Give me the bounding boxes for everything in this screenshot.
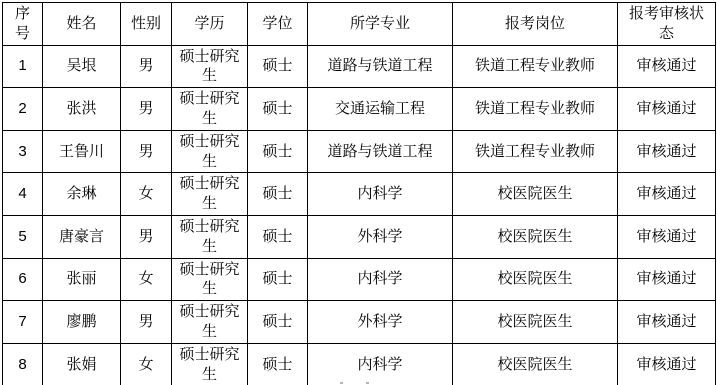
table-row: 1吴垠男硕士研究生硕士道路与铁道工程铁道工程专业教师审核通过 (3, 45, 716, 88)
table-row: 5唐豪言男硕士研究生硕士外科学校医院医生审核通过 (3, 215, 716, 258)
cell-name: 张娟 (43, 343, 121, 385)
cell-name: 王鲁川 (43, 130, 121, 173)
cell-status: 审核通过 (618, 173, 716, 216)
cell-name: 唐豪言 (43, 215, 121, 258)
cell-gender: 男 (121, 301, 172, 344)
cell-position: 铁道工程专业教师 (453, 88, 618, 131)
cell-education: 硕士研究生 (172, 130, 248, 173)
cell-education: 硕士研究生 (172, 173, 248, 216)
cell-major: 外科学 (308, 301, 453, 344)
cell-degree: 硕士 (248, 130, 308, 173)
header-cell-gender: 性别 (121, 3, 172, 46)
cell-index: 2 (3, 88, 43, 131)
cell-gender: 男 (121, 215, 172, 258)
cropped-text-fragment (366, 382, 369, 384)
page: 序号姓名性别学历学位所学专业报考岗位报考审核状态 1吴垠男硕士研究生硕士道路与铁… (0, 0, 717, 385)
cell-gender: 男 (121, 88, 172, 131)
cell-education: 硕士研究生 (172, 45, 248, 88)
cell-status: 审核通过 (618, 343, 716, 385)
cell-name: 廖鹏 (43, 301, 121, 344)
cell-gender: 男 (121, 45, 172, 88)
cell-degree: 硕士 (248, 173, 308, 216)
cell-degree: 硕士 (248, 301, 308, 344)
cell-major: 道路与铁道工程 (308, 130, 453, 173)
cell-name: 余琳 (43, 173, 121, 216)
cell-degree: 硕士 (248, 45, 308, 88)
cell-major: 外科学 (308, 215, 453, 258)
header-cell-degree: 学位 (248, 3, 308, 46)
applicants-table: 序号姓名性别学历学位所学专业报考岗位报考审核状态 1吴垠男硕士研究生硕士道路与铁… (2, 2, 716, 385)
cell-degree: 硕士 (248, 343, 308, 385)
cell-position: 校医院医生 (453, 258, 618, 301)
header-cell-status: 报考审核状态 (618, 3, 716, 46)
cell-gender: 女 (121, 173, 172, 216)
cell-index: 1 (3, 45, 43, 88)
cell-education: 硕士研究生 (172, 301, 248, 344)
cell-position: 铁道工程专业教师 (453, 130, 618, 173)
cell-education: 硕士研究生 (172, 88, 248, 131)
cell-major: 交通运输工程 (308, 88, 453, 131)
cell-position: 校医院医生 (453, 215, 618, 258)
cell-status: 审核通过 (618, 215, 716, 258)
table-header: 序号姓名性别学历学位所学专业报考岗位报考审核状态 (3, 3, 716, 46)
cell-position: 校医院医生 (453, 301, 618, 344)
cropped-text-fragment (340, 382, 343, 384)
header-cell-position: 报考岗位 (453, 3, 618, 46)
cell-position: 校医院医生 (453, 343, 618, 385)
table-row: 2张洪男硕士研究生硕士交通运输工程铁道工程专业教师审核通过 (3, 88, 716, 131)
header-cell-major: 所学专业 (308, 3, 453, 46)
cell-index: 5 (3, 215, 43, 258)
cell-education: 硕士研究生 (172, 258, 248, 301)
cell-degree: 硕士 (248, 88, 308, 131)
cell-education: 硕士研究生 (172, 215, 248, 258)
cell-position: 铁道工程专业教师 (453, 45, 618, 88)
table-row: 4余琳女硕士研究生硕士内科学校医院医生审核通过 (3, 173, 716, 216)
cell-name: 吴垠 (43, 45, 121, 88)
header-cell-index: 序号 (3, 3, 43, 46)
cell-gender: 男 (121, 130, 172, 173)
cell-degree: 硕士 (248, 215, 308, 258)
cell-education: 硕士研究生 (172, 343, 248, 385)
table-row: 3王鲁川男硕士研究生硕士道路与铁道工程铁道工程专业教师审核通过 (3, 130, 716, 173)
table-row: 7廖鹏男硕士研究生硕士外科学校医院医生审核通过 (3, 301, 716, 344)
table-row: 8张娟女硕士研究生硕士内科学校医院医生审核通过 (3, 343, 716, 385)
cell-index: 8 (3, 343, 43, 385)
cell-status: 审核通过 (618, 88, 716, 131)
cell-index: 7 (3, 301, 43, 344)
cell-status: 审核通过 (618, 45, 716, 88)
header-cell-name: 姓名 (43, 3, 121, 46)
cell-status: 审核通过 (618, 130, 716, 173)
table-row: 6张丽女硕士研究生硕士内科学校医院医生审核通过 (3, 258, 716, 301)
cell-degree: 硕士 (248, 258, 308, 301)
table-body: 1吴垠男硕士研究生硕士道路与铁道工程铁道工程专业教师审核通过2张洪男硕士研究生硕… (3, 45, 716, 385)
cell-name: 张洪 (43, 88, 121, 131)
cell-major: 内科学 (308, 343, 453, 385)
cell-index: 3 (3, 130, 43, 173)
header-cell-education: 学历 (172, 3, 248, 46)
cell-major: 内科学 (308, 258, 453, 301)
cell-gender: 女 (121, 343, 172, 385)
cell-major: 道路与铁道工程 (308, 45, 453, 88)
cell-major: 内科学 (308, 173, 453, 216)
cell-name: 张丽 (43, 258, 121, 301)
cell-status: 审核通过 (618, 258, 716, 301)
header-row: 序号姓名性别学历学位所学专业报考岗位报考审核状态 (3, 3, 716, 46)
cell-position: 校医院医生 (453, 173, 618, 216)
cell-gender: 女 (121, 258, 172, 301)
cell-index: 4 (3, 173, 43, 216)
cell-status: 审核通过 (618, 301, 716, 344)
cell-index: 6 (3, 258, 43, 301)
